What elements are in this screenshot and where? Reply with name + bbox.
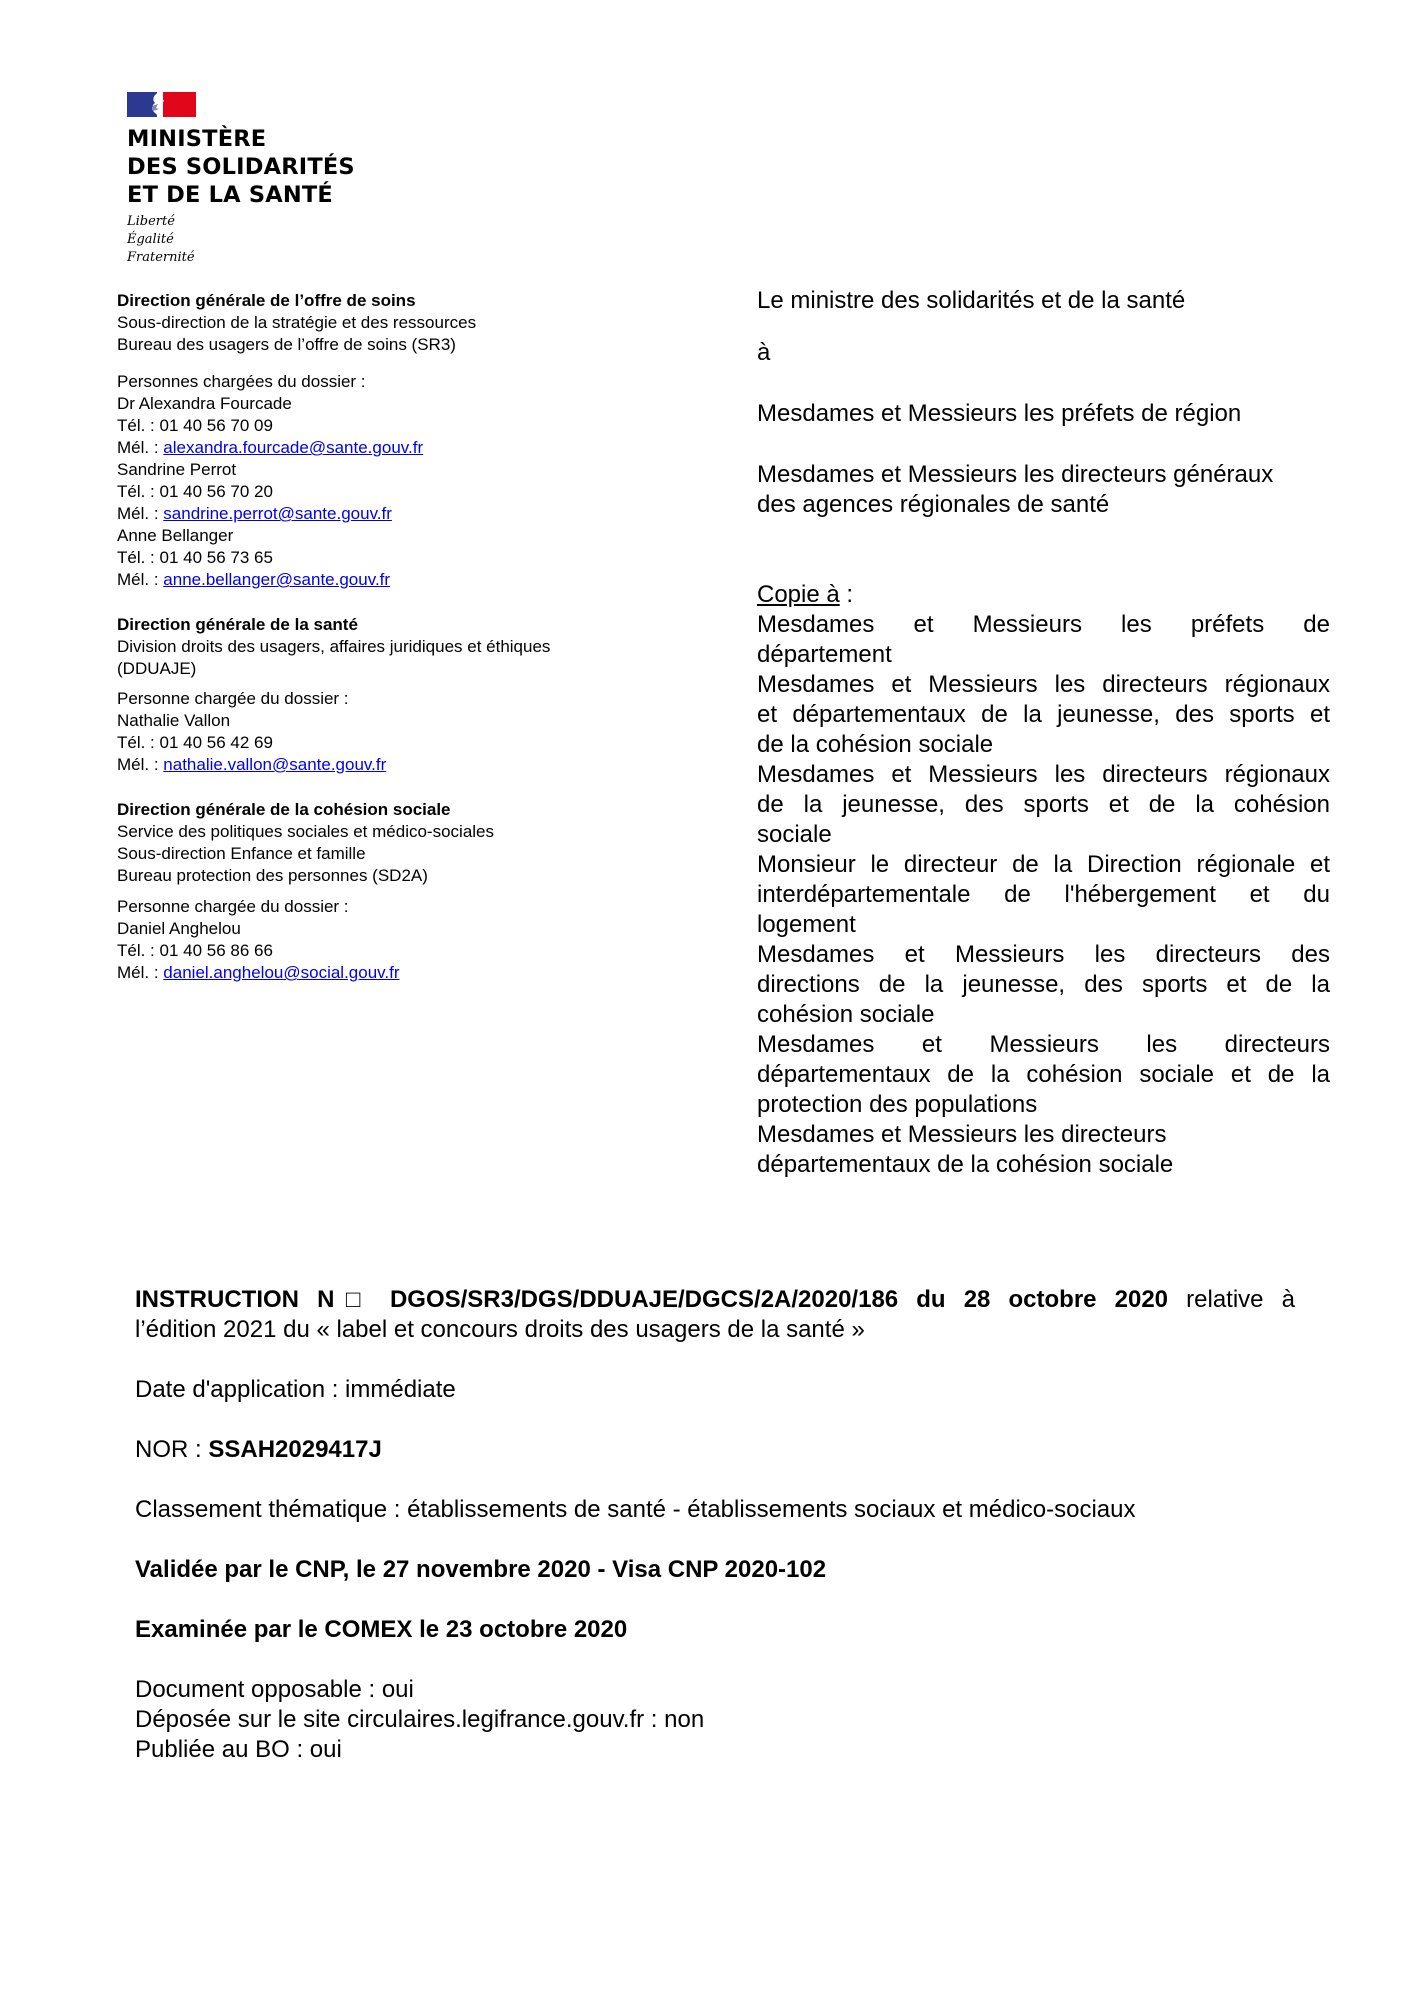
email-label: Mél. : [117, 755, 159, 774]
contact-name: Nathalie Vallon [117, 710, 637, 732]
phone-number: 01 40 56 70 20 [160, 482, 273, 501]
status-line: Publiée au BO : oui [135, 1735, 1295, 1765]
copy-heading: Copie à : [757, 580, 1330, 610]
phone-label: Tél. : [117, 548, 155, 567]
contact-email: Mél. : sandrine.perrot@sante.gouv.fr [117, 503, 637, 525]
email-label: Mél. : [117, 438, 159, 457]
republic-motto: Liberté Égalité Fraternité [127, 213, 387, 267]
sender-contacts: Direction générale de l’offre de soins S… [117, 290, 637, 984]
instruction-title: INSTRUCTION N□ DGOS/SR3/DGS/DDUAJE/DGCS/… [135, 1285, 1295, 1315]
section-subtitle: Service des politiques sociales et médic… [117, 821, 637, 843]
copy-recipient-line: et départementaux de la jeunesse, des sp… [757, 700, 1330, 730]
copy-recipient-line: de la cohésion sociale [757, 730, 1330, 760]
phone-number: 01 40 56 86 66 [160, 941, 273, 960]
email-link[interactable]: alexandra.fourcade@sante.gouv.fr [163, 438, 423, 457]
copy-recipient: Mesdames et Messieurs les préfets dedépa… [757, 610, 1330, 670]
phone-label: Tél. : [117, 416, 155, 435]
contacts-label: Personnes chargées du dossier : [117, 371, 637, 393]
copy-recipient-line: Mesdames et Messieurs les directeurs des [757, 940, 1330, 970]
copy-recipient-line: interdépartementale de l'hébergement et … [757, 880, 1330, 910]
copy-recipient-line: Mesdames et Messieurs les préfets de [757, 610, 1330, 640]
to-line: à [757, 338, 1330, 368]
email-label: Mél. : [117, 570, 159, 589]
email-link[interactable]: daniel.anghelou@social.gouv.fr [163, 963, 399, 982]
copy-recipient: Monsieur le directeur de la Direction ré… [757, 850, 1330, 940]
section-dgos: Direction générale de l’offre de soins S… [117, 290, 637, 591]
contacts-group: Personne chargée du dossier : Daniel Ang… [117, 896, 637, 984]
copy-recipient-line: départementaux de la cohésion sociale et… [757, 1060, 1330, 1090]
ministry-logo: MINISTÈRE DES SOLIDARITÉS ET DE LA SANTÉ… [127, 92, 387, 267]
phone-number: 01 40 56 73 65 [160, 548, 273, 567]
copy-recipient-line: Mesdames et Messieurs les directeurs [757, 1030, 1330, 1060]
phone-label: Tél. : [117, 941, 155, 960]
contacts-label: Personne chargée du dossier : [117, 896, 637, 918]
contact-name: Sandrine Perrot [117, 459, 637, 481]
ministry-name: MINISTÈRE DES SOLIDARITÉS ET DE LA SANTÉ [127, 125, 387, 209]
contact-phone: Tél. : 01 40 56 70 09 [117, 415, 637, 437]
copy-recipient-line: protection des populations [757, 1090, 1330, 1120]
contact-email: Mél. : anne.bellanger@sante.gouv.fr [117, 569, 637, 591]
recipient-line: Mesdames et Messieurs les préfets de rég… [757, 399, 1330, 429]
copy-label: Copie à [757, 581, 840, 608]
section-dgs: Direction générale de la santé Division … [117, 614, 637, 776]
copy-colon: : [840, 581, 853, 608]
contact-phone: Tél. : 01 40 56 86 66 [117, 940, 637, 962]
section-subtitle: Sous-direction de la stratégie et des re… [117, 312, 637, 334]
contact-phone: Tél. : 01 40 56 70 20 [117, 481, 637, 503]
copy-recipient: Mesdames et Messieurs les directeursdépa… [757, 1030, 1330, 1120]
marianne-flag-icon [127, 92, 196, 117]
contact-phone: Tél. : 01 40 56 42 69 [117, 732, 637, 754]
copy-recipient-line: Mesdames et Messieurs les directeurs rég… [757, 670, 1330, 700]
section-subtitle: Bureau des usagers de l’offre de soins (… [117, 334, 637, 356]
contacts-group: Personnes chargées du dossier : Dr Alexa… [117, 371, 637, 591]
copy-recipient-line: Mesdames et Messieurs les directeurs [757, 1120, 1330, 1150]
validation-line: Validée par le CNP, le 27 novembre 2020 … [135, 1555, 1295, 1585]
contact-name: Dr Alexandra Fourcade [117, 393, 637, 415]
sender-line: Le ministre des solidarités et de la san… [757, 286, 1330, 316]
contacts-group: Personne chargée du dossier : Nathalie V… [117, 688, 637, 776]
copy-recipient-line: directions de la jeunesse, des sports et… [757, 970, 1330, 1000]
contacts-label: Personne chargée du dossier : [117, 688, 637, 710]
copy-recipient: Mesdames et Messieurs les directeurs rég… [757, 670, 1330, 760]
contact-name: Anne Bellanger [117, 525, 637, 547]
motto-fraternite: Fraternité [127, 249, 387, 267]
nor-line: NOR : SSAH2029417J [135, 1435, 1295, 1465]
section-subtitle: Bureau protection des personnes (SD2A) [117, 865, 637, 887]
section-subtitle: Division droits des usagers, affaires ju… [117, 636, 637, 658]
section-title: Direction générale de l’offre de soins [117, 290, 637, 312]
phone-label: Tél. : [117, 482, 155, 501]
copy-recipient-line: département [757, 640, 1330, 670]
copy-recipient-line: sociale [757, 820, 1330, 850]
contact-phone: Tél. : 01 40 56 73 65 [117, 547, 637, 569]
contact-name: Daniel Anghelou [117, 918, 637, 940]
ministry-name-line: MINISTÈRE [127, 125, 387, 153]
status-line: Déposée sur le site circulaires.legifran… [135, 1705, 1295, 1735]
copy-recipient: Mesdames et Messieurs les directeurs des… [757, 940, 1330, 1030]
section-subtitle: (DDUAJE) [117, 658, 637, 680]
copy-recipient: Mesdames et Messieurs les directeurs rég… [757, 760, 1330, 850]
examination-line: Examinée par le COMEX le 23 octobre 2020 [135, 1615, 1295, 1645]
instruction-reference: INSTRUCTION N□ DGOS/SR3/DGS/DDUAJE/DGCS/… [135, 1286, 1168, 1313]
motto-liberte: Liberté [127, 213, 387, 231]
addressees: Le ministre des solidarités et de la san… [757, 286, 1330, 1180]
copy-recipient-line: Mesdames et Messieurs les directeurs rég… [757, 760, 1330, 790]
copy-recipients: Mesdames et Messieurs les préfets dedépa… [757, 610, 1330, 1180]
section-dgcs: Direction générale de la cohésion social… [117, 799, 637, 984]
ministry-name-line: DES SOLIDARITÉS [127, 153, 387, 181]
copy-recipient-line: logement [757, 910, 1330, 940]
email-link[interactable]: sandrine.perrot@sante.gouv.fr [163, 504, 392, 523]
copy-recipient: Mesdames et Messieurs les directeursdépa… [757, 1120, 1330, 1180]
contact-email: Mél. : nathalie.vallon@sante.gouv.fr [117, 754, 637, 776]
nor-label: NOR : [135, 1436, 208, 1463]
status-line: Document opposable : oui [135, 1675, 1295, 1705]
ministry-name-line: ET DE LA SANTÉ [127, 181, 387, 209]
motto-egalite: Égalité [127, 231, 387, 249]
section-title: Direction générale de la cohésion social… [117, 799, 637, 821]
instruction-title-rest: relative à [1168, 1286, 1295, 1313]
instruction-block: INSTRUCTION N□ DGOS/SR3/DGS/DDUAJE/DGCS/… [135, 1285, 1295, 1765]
contact-email: Mél. : alexandra.fourcade@sante.gouv.fr [117, 437, 637, 459]
copy-recipient-line: départementaux de la cohésion sociale [757, 1150, 1330, 1180]
nor-value: SSAH2029417J [208, 1436, 381, 1463]
application-date: Date d'application : immédiate [135, 1375, 1295, 1405]
email-link[interactable]: nathalie.vallon@sante.gouv.fr [163, 755, 386, 774]
contact-email: Mél. : daniel.anghelou@social.gouv.fr [117, 962, 637, 984]
section-title: Direction générale de la santé [117, 614, 637, 636]
section-subtitle: Sous-direction Enfance et famille [117, 843, 637, 865]
copy-recipient-line: de la jeunesse, des sports et de la cohé… [757, 790, 1330, 820]
email-link[interactable]: anne.bellanger@sante.gouv.fr [163, 570, 390, 589]
instruction-subject: l’édition 2021 du « label et concours dr… [135, 1315, 1295, 1345]
phone-number: 01 40 56 70 09 [160, 416, 273, 435]
marianne-profile-icon [149, 92, 169, 117]
phone-label: Tél. : [117, 733, 155, 752]
recipient-line: des agences régionales de santé [757, 490, 1330, 520]
phone-number: 01 40 56 42 69 [160, 733, 273, 752]
email-label: Mél. : [117, 504, 159, 523]
copy-recipient-line: Monsieur le directeur de la Direction ré… [757, 850, 1330, 880]
email-label: Mél. : [117, 963, 159, 982]
classement-line: Classement thématique : établissements d… [135, 1495, 1295, 1525]
copy-recipient-line: cohésion sociale [757, 1000, 1330, 1030]
recipient-line: Mesdames et Messieurs les directeurs gén… [757, 460, 1330, 490]
